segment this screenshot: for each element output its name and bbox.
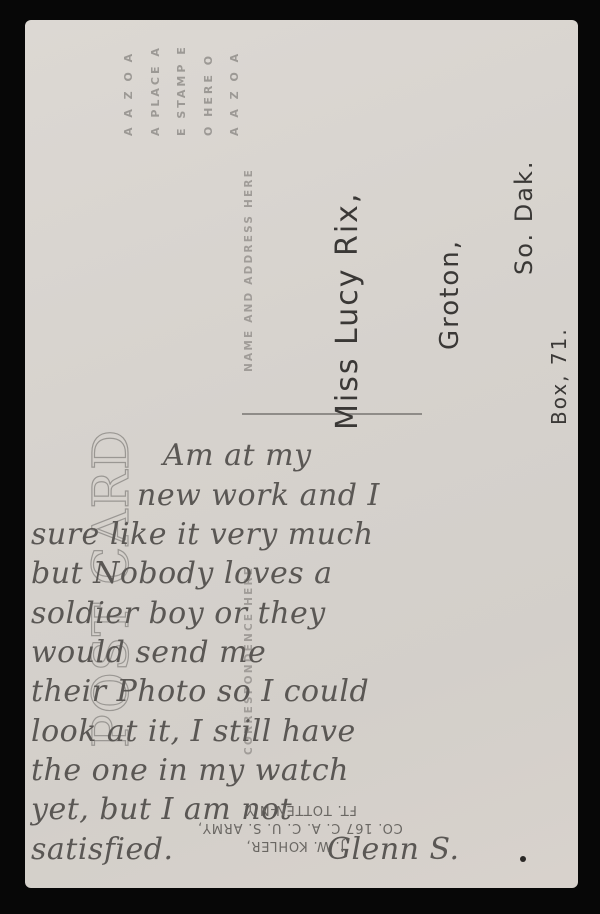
message-line: but Nobody loves a xyxy=(31,556,333,591)
stamp-box-column-1: A A Z O A xyxy=(122,51,135,136)
message-line: would send me xyxy=(31,635,266,670)
message-line: the one in my watch xyxy=(31,753,349,788)
address-line-city: Groton, xyxy=(435,239,465,350)
stamp-box-column-3: E STAMP E xyxy=(175,44,188,136)
address-line-name: Miss Lucy Rix, xyxy=(330,192,365,430)
message-line: look at it, I still have xyxy=(31,714,356,749)
message-line: Am at my xyxy=(163,438,312,473)
stamp-box-column-2: A PLACE A xyxy=(149,45,162,136)
address-line-box: Box, 71. xyxy=(547,327,571,425)
sender-stamp-line-name: J. W. KOHLER, xyxy=(195,838,395,853)
message-line: sure like it very much xyxy=(31,517,374,552)
ink-spot xyxy=(520,856,526,862)
stamp-box-column-4: O HERE O xyxy=(202,53,215,136)
message-line: new work and I xyxy=(137,478,380,513)
postcard-back: A A Z O A A PLACE A E STAMP E O HERE O A… xyxy=(25,20,578,888)
address-label: NAME AND ADDRESS HERE xyxy=(243,168,255,372)
message-line: soldier boy or they xyxy=(31,596,326,631)
sender-stamp-line-location: FT. TOTTEN-N.Y. xyxy=(200,802,400,817)
sender-stamp-line-unit: CO. 167 C. A. C. U. S. ARMY, xyxy=(155,820,445,835)
message-line: satisfied. xyxy=(31,832,174,867)
message-line: their Photo so I could xyxy=(31,674,369,709)
address-line-state: So. Dak. xyxy=(510,160,538,275)
stamp-box-column-5: A A Z O A xyxy=(228,51,241,136)
